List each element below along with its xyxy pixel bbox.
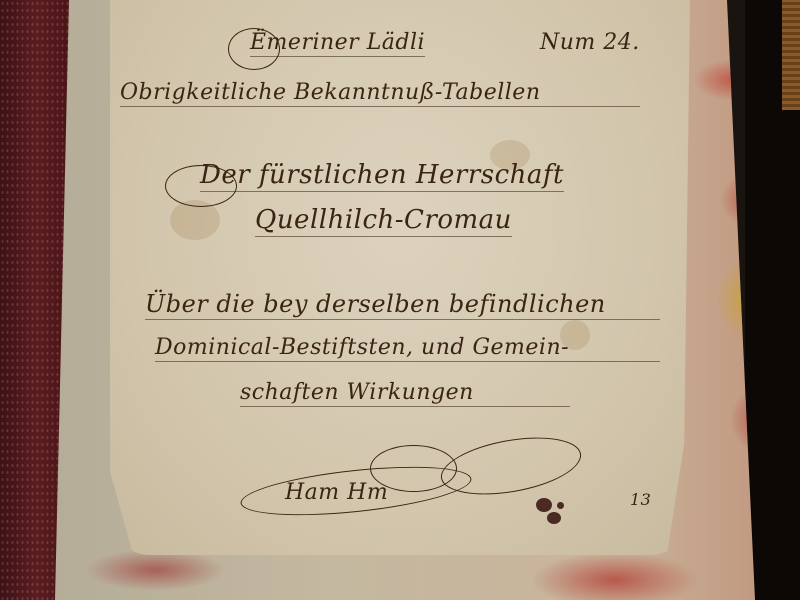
title-line-3: Quellhilch-Cromau — [255, 205, 512, 237]
heading-line: Ëmeriner Lädli — [250, 30, 425, 57]
document-number: Num 24. — [540, 30, 640, 56]
ink-blot — [557, 502, 564, 509]
ink-blot — [536, 498, 552, 512]
title-line-2: Der fürstlichen Herrschaft — [200, 160, 564, 192]
title-line-6: schaften Wirkungen — [240, 380, 570, 407]
wood-surface — [782, 0, 800, 110]
title-line-4: Über die bey derselben befindlichen — [145, 290, 660, 320]
dark-background — [745, 0, 800, 600]
ink-blot — [547, 512, 561, 524]
title-line-1: Obrigkeitliche Bekanntnuß-Tabellen — [120, 80, 640, 107]
signature: Ham Hm — [285, 480, 388, 506]
folio-number: 13 — [630, 490, 651, 510]
title-line-5: Dominical-Bestiftsten, und Gemein- — [155, 335, 660, 362]
